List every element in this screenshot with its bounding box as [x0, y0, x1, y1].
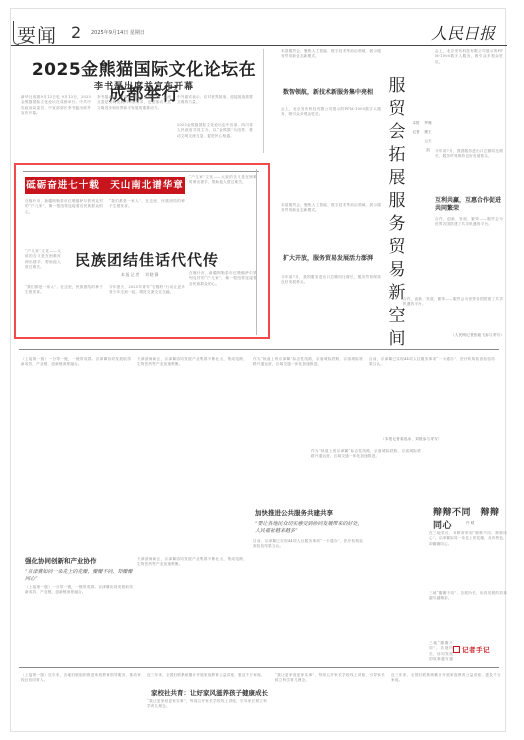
article-body: 2025金熊猫国际文化论坛由中宣部、四川省人民政府共同主办，以“金熊猫”为纽带，… [177, 123, 253, 153]
subhead-trade-1: 数智领航，新技术新服务集中亮相 [283, 89, 379, 97]
article-body: 今年前7月，我国服务进出口总额同比增长，服务贸易保持良好发展势头。 [435, 149, 503, 189]
article-body: “我让更家庭更家实事”，每周召开家长学校线上讲座，引导家长树立科学育儿理念。 [147, 699, 267, 729]
label-text: 记者手记 [462, 646, 490, 654]
source-note: （人民网记者张毅飞参与采写） [451, 333, 507, 339]
subhead-panda-forum: 李书磊出席并宣布开幕 [29, 79, 259, 92]
byline: 许 晴 [466, 521, 474, 526]
section-name: 要闻 [17, 21, 57, 48]
article-body: （上接第一版）一分带一链，一链带成群。京津冀协同发展取得新成效，产业链、创新链深… [25, 585, 133, 605]
article-body: 李书磊表示，多样文明是世界的本色。交流互鉴是文明发展的本质要求，也是推动人类文明… [97, 95, 171, 153]
article-body: “我让更家庭更家实事”，每周召开家长学校线上讲座，引导家长树立科学育儿理念。 [275, 673, 385, 729]
article-body: 在三地采访，耳畔常听到“辩辩不同，辩辩同心”。京津冀如同一朵花上的花瓣，各有特色… [429, 531, 507, 591]
subhead-trade-2: 扩大开放，服务贸易发展活力澎湃 [283, 255, 379, 263]
section-rule [19, 349, 499, 350]
article-body: 天津滨海新区，京津冀协同发展产业集群不断壮大，集成电路、生物医药等产业加速集聚。 [137, 357, 247, 553]
section-rule [23, 171, 259, 172]
article-body: 天津滨海新区，京津冀协同发展产业集群不断壮大，集成电路、生物医药等产业加速集聚。 [137, 557, 247, 605]
subhead-trade-3: 互利共赢，互惠合作促进共同繁荣 [435, 197, 503, 213]
article-body: 本届服贸会，聚焦人工智能、数字技术等前沿领域，展示服务贸易新业态新模式。 [281, 49, 381, 79]
subhead-quote: “京津冀如同一朵花上的花瓣，瓣瓣不同，却瓣瓣同心” [25, 569, 135, 583]
article-body: 近三年来，全国妇联系统累计开展家庭教育公益讲座，惠及千万家庭。 [391, 673, 501, 729]
headline-commentary[interactable]: 辩辩不同 辩辩同心 [433, 505, 505, 531]
article-body: “我们都是一家人”，在这里，民族团结的种子生根发芽。 [109, 199, 185, 247]
page-number: 2 [71, 23, 81, 42]
article-body: 三地“瓣瓣不同”，各展所长，协同发展的故事越写越精彩。 [429, 591, 507, 641]
issue-date: 2025年9月14日 星期日 [91, 29, 145, 36]
header-rule [11, 45, 507, 46]
byline-trade-fair: 本报记者 [411, 119, 421, 137]
article-body: 会上，北京发布科技有限公司展示的FFM-1000数字人服务，吸引众多观众驻足。 [435, 49, 503, 149]
subhead-innovation: 强化协同创新和产业协作 [25, 557, 135, 565]
headline-family-education[interactable]: 家校社共育：让好家风滋养孩子健康成长 [151, 688, 268, 697]
article-body: 目前，京津冀已实现44项人社服务事项“一卡通办”、医疗机构检查检验结果互认。 [369, 357, 495, 437]
page-header: 要闻 2 2025年9月14日 星期日 人民日报 [11, 17, 507, 47]
article-body: （上接第一版）近年来，各地妇联组织推进家庭教育指导服务，推动家校社协同育人。 [21, 673, 141, 729]
article-body: “我们都是一家人”，在这里，民族团结的种子生根发芽。 [25, 285, 103, 333]
article-body: 中外嘉宾表示，应对世界挑战、迎接挑战需要文明的力量。 [177, 95, 253, 123]
article-body: 今年夏天，2025年青年“石榴籽”行动让更多青少年走到一起，增进交流交往交融。 [109, 285, 185, 333]
headline-ethnic-unity[interactable]: 民族团结佳话代代传 [71, 249, 223, 270]
column-divider [263, 49, 264, 153]
byline: 本报记者 刘晓静 [121, 272, 159, 278]
series-banner: 砥砺奋进七十载 天山南北谱华章 [25, 177, 185, 194]
note-icon [453, 646, 460, 653]
article-body: 三地“瓣瓣不同”，各展所长，协同发展的故事越写越精彩。 [429, 641, 453, 661]
masthead-logo: 人民日报 [431, 21, 495, 44]
column-divider [256, 169, 257, 335]
article-body: 作为“轨道上的京津冀”标志性线路，京唐城际铁路、京滨城际铁路开通运营，区域交通一… [311, 449, 421, 605]
article-body: 本届服贸会，聚焦人工智能、数字技术等前沿领域，展示服务贸易新业态新模式。 [281, 203, 381, 251]
article-body: “户儿家”文化——大致的含义是在困难时伸出援手，帮助他人度过难关。 [25, 249, 61, 285]
article-body: 在喀什市，新疆阿勒泰市红墩镇萨尔铁列克村的“户儿家”，像一根纽带连接着各民族群众… [189, 271, 257, 333]
source-note: （本报记者姜泓冰、刘晨参与采写） [381, 437, 481, 445]
article-body: 在喀什市，新疆阿勒泰市红墩镇萨尔铁列克村的“户儿家”，像一根纽带连接着各民族群众… [25, 199, 103, 247]
article-body: 合作、创新、发展、繁荣——服贸会为世界各国搭建了共享机遇的平台。 [403, 297, 503, 335]
article-body: 近三年来，全国妇联系统累计开展家庭教育公益讲座，惠及千万家庭。 [147, 673, 267, 687]
section-rule [19, 667, 499, 668]
reporter-note-label: 记者手记 [453, 645, 490, 654]
article-body: 合作、创新、发展、繁荣——服贸会为世界各国搭建了共享机遇的平台。 [435, 217, 503, 297]
byline-trade-fair-names: 罗珊珊王云天凯 [423, 119, 433, 155]
newspaper-page: 要闻 2 2025年9月14日 星期日 人民日报 2025金熊猫国际文化论坛在成… [10, 8, 506, 732]
article-body: 会上，北京发布科技有限公司展示的FFM-1000数字人服务，吸引众多观众驻足。 [281, 107, 381, 203]
article-body: （上接第一版）一分带一链，一链带成群。京津冀协同发展取得新成效，产业链、创新链深… [21, 357, 131, 553]
article-body: 今年前7月，我国服务进出口总额同比增长，服务贸易保持良好发展势头。 [281, 275, 381, 339]
article-body: 新华社成都9月13日电 9月13日，2025金熊猫国际文化论坛在成都举行。中共中… [21, 95, 91, 153]
